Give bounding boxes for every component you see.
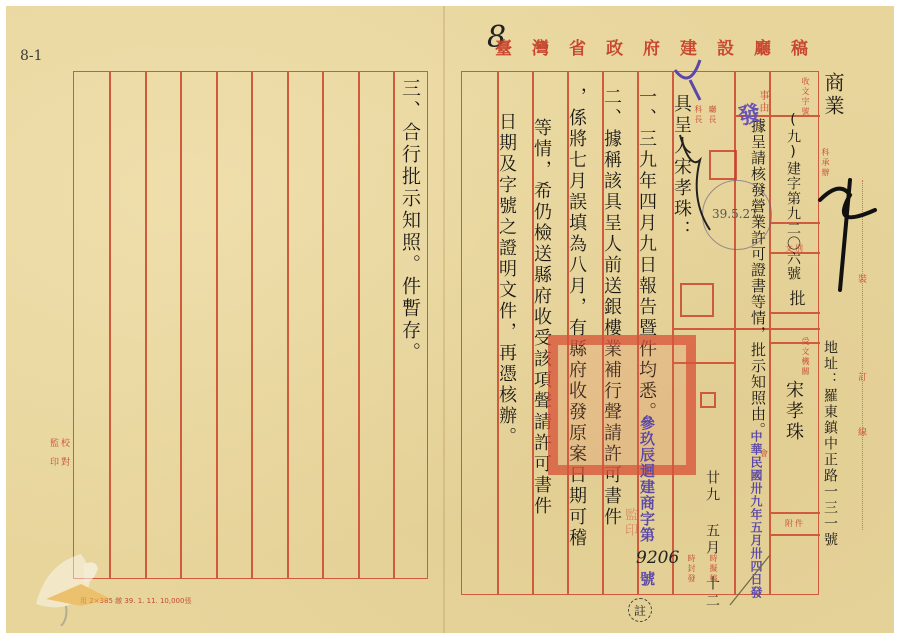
handwritten-signatures: [0, 0, 900, 641]
